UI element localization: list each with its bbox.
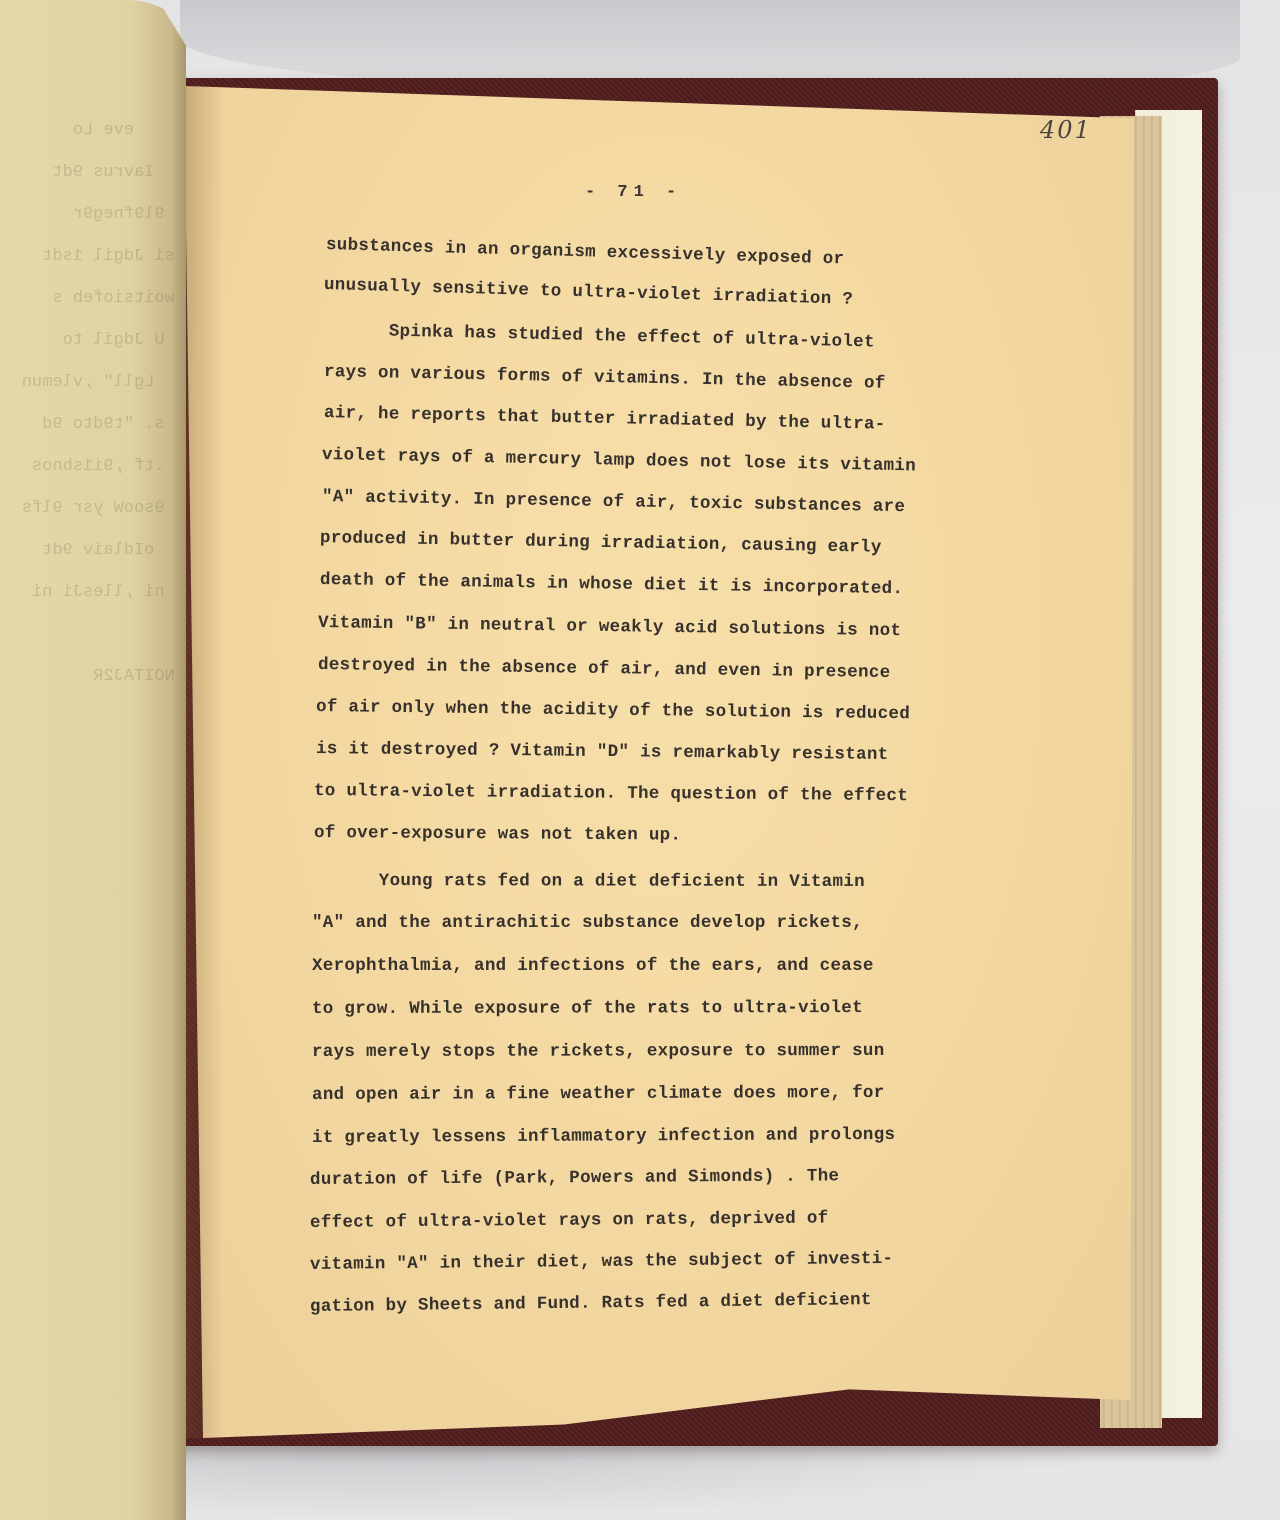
text-line: to grow. While exposure of the rats to u…: [312, 998, 863, 1019]
text-line: of over-exposure was not taken up.: [314, 823, 681, 846]
page-gutter-shadow: [184, 86, 224, 1438]
text-line: Young rats fed on a diet deficient in Vi…: [314, 871, 865, 892]
text-line: it greatly lessens inflammatory infectio…: [312, 1125, 895, 1148]
text-line: rays merely stops the rickets, exposure …: [312, 1041, 885, 1062]
background-shadow-bottom: [80, 1440, 1120, 1520]
handwritten-folio-number: 401: [1040, 116, 1092, 144]
text-line: "A" and the antirachitic substance devel…: [312, 913, 863, 933]
left-page: eve Lo Iavrus 9dt 9l9fneg9r si Jdgil 1sd…: [0, 0, 186, 1520]
left-page-bleedthrough-text: eve Lo Iavrus 9dt 9l9fneg9r si Jdgil 1sd…: [0, 110, 185, 1210]
text-line: duration of life (Park, Powers and Simon…: [310, 1166, 839, 1190]
text-line: and open air in a fine weather climate d…: [312, 1083, 885, 1105]
text-line: Xerophthalmia, and infections of the ear…: [312, 956, 874, 976]
page-number: - 71 -: [585, 183, 682, 202]
